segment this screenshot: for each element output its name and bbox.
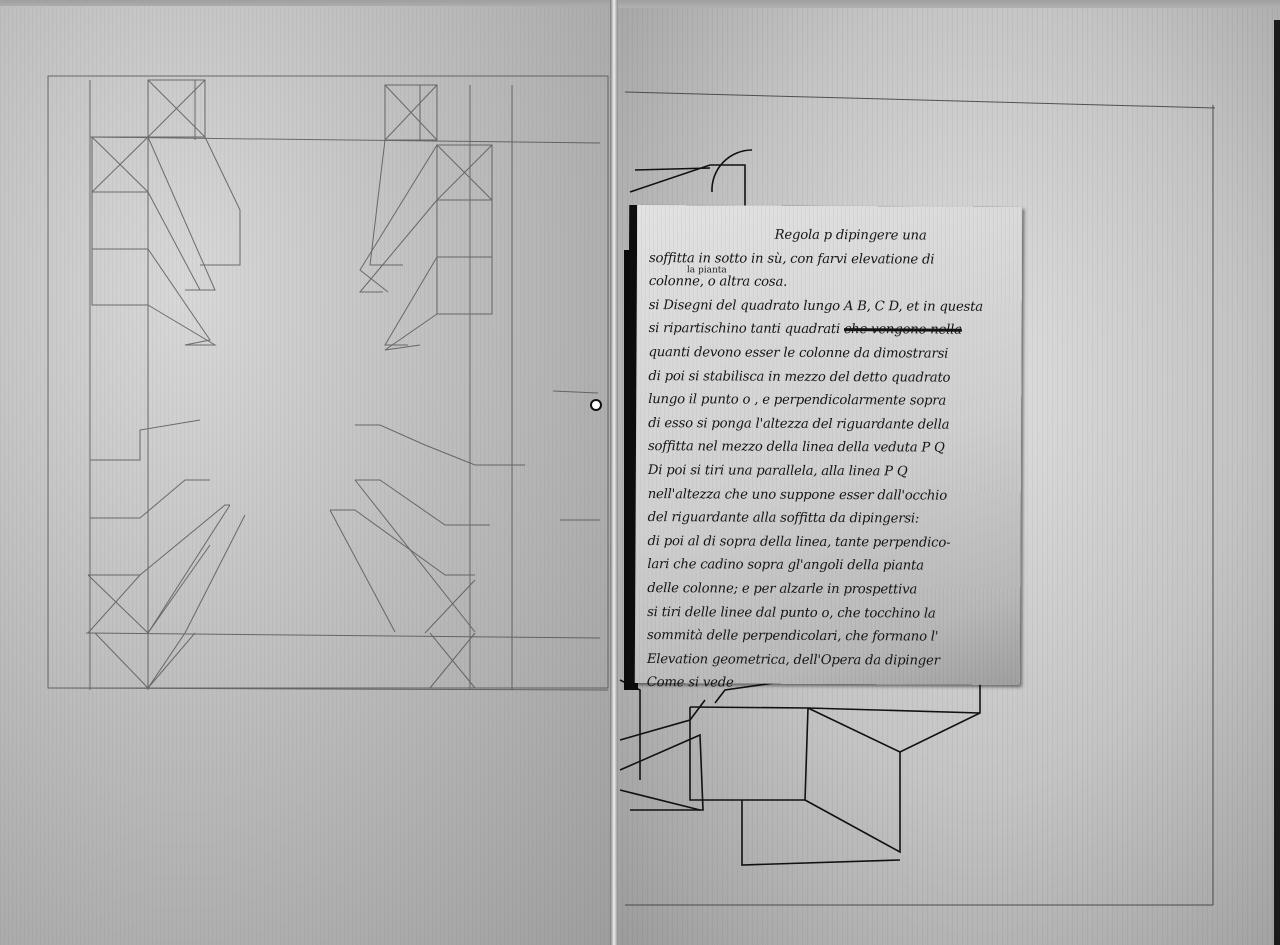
note-line: lari che cadino sopra gl'angoli della pi… (647, 553, 1010, 578)
note-line: si ripartischino tanti quadrati che veng… (649, 317, 1012, 342)
right-page-edge (1274, 20, 1280, 945)
note-line: Elevation geometrica, dell'Opera da dipi… (647, 648, 1010, 673)
note-line-text: si ripartischino tanti quadrati (649, 321, 840, 337)
struck-text: che vengono nella (844, 322, 962, 338)
note-line: quanti devono esser le colonne da dimost… (648, 341, 1011, 366)
note-title: Regola p dipingere una (649, 223, 1012, 248)
note-line: nell'altezza che uno suppone esser dall'… (648, 483, 1011, 508)
attached-handwritten-note: Regola p dipingere una soffitta in sotto… (635, 205, 1022, 685)
binding-gutter (610, 0, 618, 945)
manuscript-scene: Regola p dipingere una soffitta in sotto… (0, 0, 1280, 945)
point-o-marker (590, 399, 602, 411)
note-body: Regola p dipingere una soffitta in sotto… (647, 223, 1012, 697)
note-line: sommità delle perpendicolari, che forman… (647, 624, 1010, 649)
note-line: di esso si ponga l'altezza del riguardan… (648, 412, 1011, 437)
note-line: si Disegni del quadrato lungo A B, C D, … (649, 294, 1012, 319)
interlinear-insertion: la pianta (687, 265, 727, 275)
note-line: del riguardante alla soffitta da dipinge… (648, 506, 1011, 531)
note-line: Di poi si tiri una parallela, alla linea… (648, 459, 1011, 484)
note-line: lungo il punto o , e perpendicolarmente … (648, 388, 1011, 413)
left-page (0, 6, 618, 945)
note-line: delle colonne; e per alzarle in prospett… (647, 577, 1010, 602)
note-line: soffitta nel mezzo della linea della ved… (648, 435, 1011, 460)
note-line: di poi si stabilisca in mezzo del detto … (648, 365, 1011, 390)
note-line: si tiri delle linee dal punto o, che toc… (647, 601, 1010, 626)
note-line: di poi al di sopra della linea, tante pe… (647, 530, 1010, 555)
note-line: Come si vede (647, 671, 1010, 696)
